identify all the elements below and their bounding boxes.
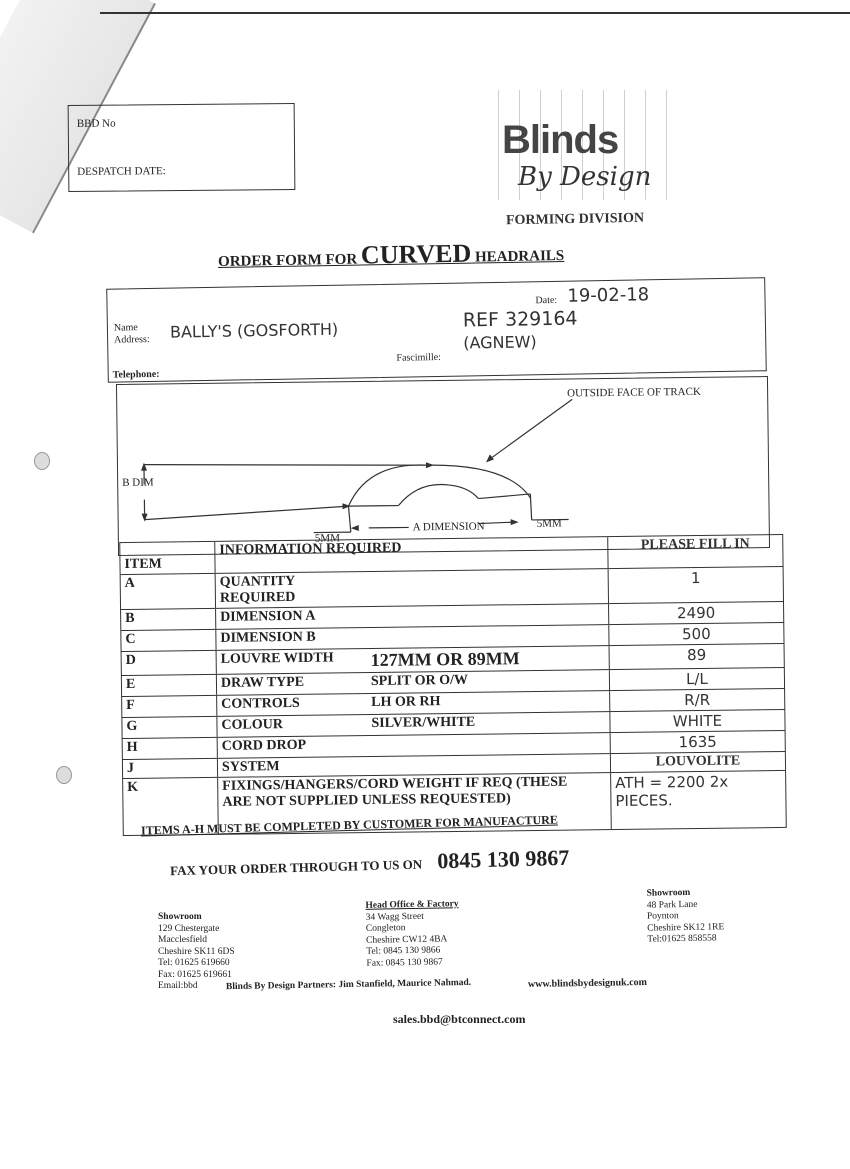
title-emphasis: CURVED xyxy=(361,239,472,270)
item-code: F xyxy=(121,696,216,717)
address-line: Showroom xyxy=(158,912,235,924)
telephone-label: Telephone: xyxy=(113,369,160,381)
b-dim-label: B DIM xyxy=(122,477,154,489)
info-option: 127MM OR 89MM xyxy=(371,648,520,671)
showroom-poynton: Showroom48 Park LanePoyntonCheshire SK12… xyxy=(647,887,725,946)
address-line: Cheshire SK11 6DS xyxy=(158,947,235,959)
punch-hole xyxy=(56,766,72,784)
item-code: A xyxy=(120,574,215,609)
customer-details-box: Name Address: BALLY'S (GOSFORTH) Date: 1… xyxy=(106,277,767,382)
header-info-text: INFORMATION REQUIRED xyxy=(219,541,401,572)
info-option: SILVER/WHITE xyxy=(371,715,475,734)
item-code: D xyxy=(121,651,216,675)
address-line: Cheshire CW12 4BA xyxy=(366,934,459,947)
item-code: C xyxy=(120,630,215,651)
title-prefix: ORDER FORM FOR xyxy=(218,252,357,270)
info-cell: LOUVRE WIDTH127MM OR 89MM xyxy=(216,646,609,674)
logo-brand: Blinds xyxy=(502,118,618,163)
fill-in-value[interactable]: 1635 xyxy=(610,731,786,753)
info-label: CONTROLS xyxy=(221,695,371,715)
form-title: ORDER FORM FOR CURVED HEADRAILS xyxy=(218,237,565,273)
name-value[interactable]: BALLY'S (GOSFORTH) xyxy=(170,320,339,342)
fill-in-value[interactable]: L/L xyxy=(609,668,785,690)
outside-face-label: OUTSIDE FACE OF TRACK xyxy=(567,386,701,400)
specification-table: ITEM INFORMATION REQUIRED PLEASE FILL IN… xyxy=(119,534,787,836)
info-label: DIMENSION B xyxy=(220,629,370,649)
punch-hole xyxy=(34,452,50,470)
address-label: Address: xyxy=(114,334,150,346)
head-office: Head Office & Factory34 Wagg StreetCongl… xyxy=(365,899,459,970)
info-label: LOUVRE WIDTH xyxy=(221,650,371,673)
address-line: Macclesfield xyxy=(158,935,235,947)
despatch-date-label: DESPATCH DATE: xyxy=(77,165,166,178)
header-item: ITEM xyxy=(119,542,214,574)
name-label: Name xyxy=(114,322,138,333)
fascimile-label: Fascimille: xyxy=(396,352,441,364)
item-code: E xyxy=(121,675,216,696)
company-logo: Blinds By Design FORMING DIVISION xyxy=(478,90,668,230)
bbd-no-label: BBD No xyxy=(77,118,116,130)
headrail-diagram: OUTSIDE FACE OF TRACK B DIM A DIMENSION … xyxy=(116,376,770,556)
ref-note[interactable]: (AGNEW) xyxy=(463,332,537,352)
logo-tagline: By Design xyxy=(518,162,651,192)
a-dim-label: A DIMENSION xyxy=(413,520,485,533)
bbd-box: BBD No DESPATCH DATE: xyxy=(68,103,296,192)
fill-in-value[interactable]: ATH = 2200 2x PIECES. xyxy=(610,771,787,829)
info-option: SPLIT OR O/W xyxy=(371,673,468,692)
order-form-page: BBD No DESPATCH DATE: Blinds By Design F… xyxy=(0,0,850,1169)
item-code: B xyxy=(120,609,215,630)
fill-in-value[interactable]: LOUVOLITE xyxy=(610,752,786,772)
info-label: DIMENSION A xyxy=(220,608,370,628)
header-fill: PLEASE FILL IN xyxy=(607,535,783,568)
address-line: Fax: 0845 130 9867 xyxy=(366,957,459,970)
info-label: DRAW TYPE xyxy=(221,674,371,694)
header-info: INFORMATION REQUIRED xyxy=(214,537,607,573)
date-label: Date: xyxy=(535,295,557,306)
address-line: 129 Chestergate xyxy=(158,924,235,936)
fill-in-value[interactable]: WHITE xyxy=(609,710,785,732)
fill-in-value[interactable]: 1 xyxy=(608,567,784,603)
address-line: Tel: 01625 619660 xyxy=(158,958,235,970)
info-label: QUANTITY REQUIRED xyxy=(220,573,370,607)
address-line: Head Office & Factory xyxy=(365,899,458,912)
item-code: J xyxy=(122,759,217,778)
info-label: CORD DROP xyxy=(222,737,372,757)
address-line: Tel:01625 858558 xyxy=(647,933,724,946)
address-line: Fax: 01625 619661 xyxy=(158,970,235,982)
logo-division: FORMING DIVISION xyxy=(506,211,644,229)
fill-in-value[interactable]: 2490 xyxy=(608,602,784,624)
fax-number: 0845 130 9867 xyxy=(437,845,570,873)
info-label: COLOUR xyxy=(221,716,371,736)
item-code: G xyxy=(121,717,216,738)
info-cell: QUANTITY REQUIRED xyxy=(215,569,608,608)
website-link[interactable]: www.blindsbydesignuk.com xyxy=(528,977,647,990)
page-edge-line xyxy=(100,12,850,14)
date-value[interactable]: 19-02-18 xyxy=(567,284,649,306)
ref-value[interactable]: REF 329164 xyxy=(463,308,578,332)
info-option: LH OR RH xyxy=(371,694,440,713)
fax-label: FAX YOUR ORDER THROUGH TO US ON xyxy=(170,857,422,879)
partners-line: Blinds By Design Partners: Jim Stanfield… xyxy=(226,978,471,992)
info-label: SYSTEM xyxy=(222,758,372,776)
email-link[interactable]: sales.bbd@btconnect.com xyxy=(393,1012,526,1027)
fill-in-value[interactable]: R/R xyxy=(609,689,785,711)
right-5mm-label: 5MM xyxy=(537,518,562,530)
address-line: Email:bbd xyxy=(158,981,235,993)
fill-in-value[interactable]: 89 xyxy=(609,644,785,669)
showroom-macclesfield: Showroom129 ChestergateMacclesfieldChesh… xyxy=(158,912,235,993)
fax-instruction: FAX YOUR ORDER THROUGH TO US ON 0845 130… xyxy=(170,845,570,881)
fill-in-value[interactable]: 500 xyxy=(608,623,784,645)
title-suffix: HEADRAILS xyxy=(475,248,564,266)
item-code: H xyxy=(122,738,217,759)
